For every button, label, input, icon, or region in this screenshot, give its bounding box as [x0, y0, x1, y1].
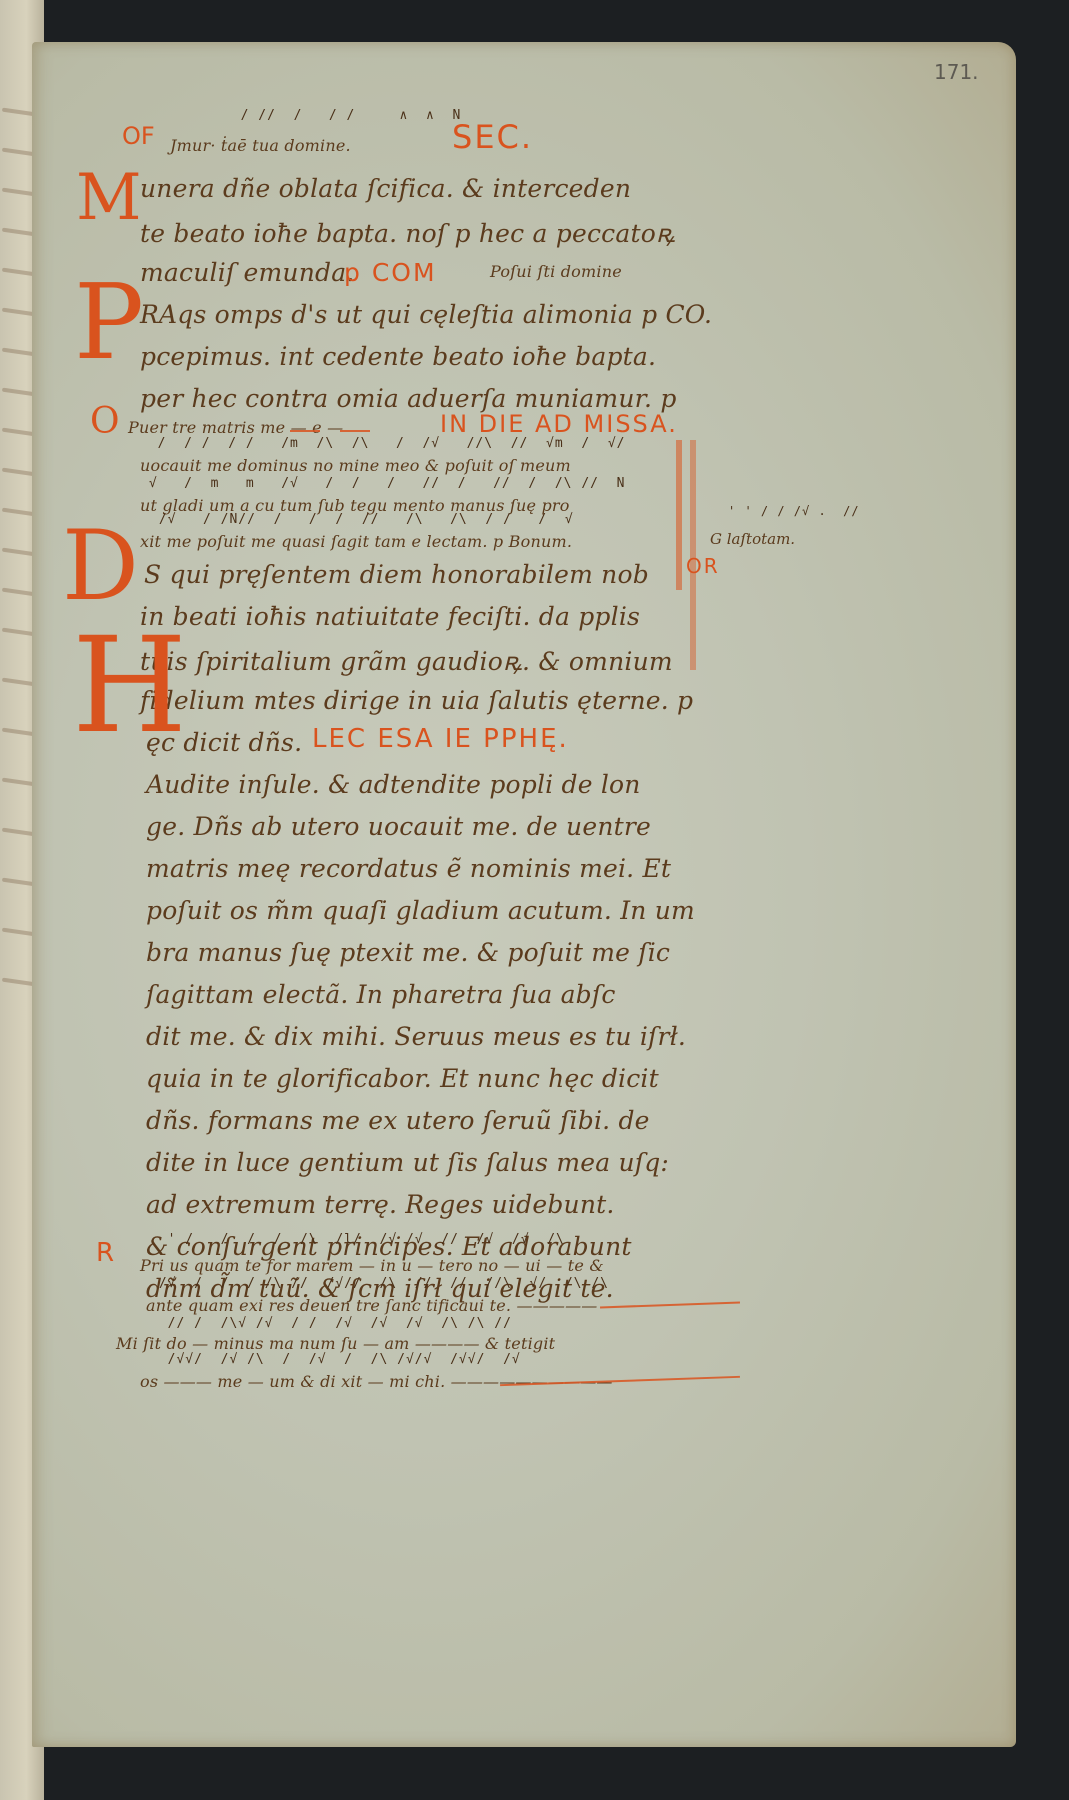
- folio-number: 171.: [934, 60, 979, 84]
- lesson-line-4: poſuit os m̃m quaſi gladium acutum. In u…: [146, 896, 695, 925]
- lesson-line-7: dit me. & dix mihi. Seruus meus es tu iſ…: [146, 1022, 686, 1051]
- lesson-line-5: bra manus ſuę ptexit me. & poſuit me ſic: [146, 938, 670, 967]
- responsory-line-4: os ——— me — um & di xit — mi chi. ——————…: [140, 1372, 613, 1391]
- secret-line-1: unera dñe oblata ſcifica. & interceden: [140, 174, 631, 203]
- introit-initial: O: [90, 404, 120, 440]
- postcommunion-line-1: RAqs omps d's ut qui cęleſtia alimonia p…: [140, 300, 712, 329]
- introit-neumes-3: /√ / /N// / / / // /\ /\ / / / √: [150, 512, 574, 527]
- responsory-line-3: Mi ſit do — minus ma num ſu — am ———— & …: [116, 1334, 555, 1353]
- lesson-line-3: matris meę recordatus ẽ nominis mei. Et: [146, 854, 671, 883]
- initial-p: P: [74, 270, 144, 374]
- lesson-line-2: ge. Dñs ab utero uocauit me. de uentre: [146, 812, 651, 841]
- staff-line: [290, 430, 320, 432]
- introit-neumes-2: √ / m m /√ / / / // / // / /\ // N: [140, 476, 625, 491]
- lesson-line-9: dñs. formans me ex utero ſeruũ ſibi. de: [146, 1106, 650, 1135]
- margin-bar: [676, 440, 682, 590]
- collect-line-2: in beati ioħis natiuitate feciſti. da pp…: [140, 602, 640, 631]
- manuscript-leaf: [32, 42, 1016, 1747]
- secret-line-3: maculiſ emunda.: [140, 258, 354, 287]
- collect-line-4: fidelium mtes dirige in uia ſalutis ęter…: [140, 686, 693, 715]
- lesson-first-line: ęc dicit dñs.: [146, 728, 302, 757]
- responsory-neumes-2: /√ / / / /\ // /√// /\ // // //\ √/ /\ /…: [150, 1276, 609, 1291]
- margin-or-label: OR: [686, 554, 720, 578]
- communion-incipit: Poſui ſti domine: [490, 262, 622, 281]
- responsory-neumes-1: ' / / / / /\ /l/ /√ /√ // /√ /√ /\: [150, 1232, 565, 1247]
- offertory-incipit: Jmur· ṫaē tua domine.: [170, 136, 351, 155]
- offertory-neumes: / // / / / ∧ ∧ N: [170, 108, 461, 123]
- collect-line-3: tuis ſpiritalium grãm gaudioꝶ. & omnium: [140, 644, 673, 678]
- responsory-neumes-3: // / /\√ /√ / / /√ /√ /√ /\ /\ //: [150, 1316, 512, 1331]
- introit-line-1: uocauit me dominus no mine meo & poſuit …: [140, 456, 571, 475]
- postcommunion-line-2: pcepimus. int cedente beato ioħe bapta.: [140, 342, 656, 371]
- introit-line-3: xit me poſuit me quasi ſagit tam e lecta…: [140, 532, 572, 551]
- margin-neumes: ' ' / / /√ . //: [728, 504, 860, 518]
- staff-line: [340, 430, 370, 432]
- lesson-line-10: dite in luce gentium ut ſis ſalus mea uſ…: [146, 1148, 669, 1177]
- lesson-line-6: ſagittam electã. In pharetra ſua abſc: [146, 980, 616, 1009]
- collect-line-1: S qui pręſentem diem honorabilem nob: [144, 560, 649, 589]
- responsory-label: R: [96, 1238, 114, 1268]
- responsory-neumes-4: /√√/ /√ /\ / /√ / /\ /√/√ /√√/ /√: [150, 1352, 521, 1367]
- lesson-rubric: LEC ESA IE PPHĘ.: [312, 724, 569, 754]
- lesson-line-8: quia in te glorificabor. Et nunc hęc dic…: [146, 1064, 659, 1093]
- introit-rubric: IN DIE AD MISSA.: [440, 410, 678, 438]
- initial-m: M: [76, 166, 142, 230]
- introit-first-line: Puer tre matris me — e —: [128, 418, 343, 437]
- introit-neumes-1: / / / / / /m /\ /\ / /√ //\ // √m / √/: [140, 436, 625, 451]
- postcommunion-line-3: per hec contra omia aduerſa muniamur. p: [140, 384, 677, 413]
- responsory-line-1: Pri us quam te for marem — in u — tero n…: [140, 1256, 604, 1275]
- margin-note: G laſtotam.: [710, 530, 795, 548]
- initial-d: D: [62, 518, 139, 614]
- lesson-line-1: Audite inſule. & adtendite popli de lon: [146, 770, 641, 799]
- lesson-line-11: ad extremum terrę. Reges uidebunt.: [146, 1190, 615, 1219]
- secret-rubric: SEC.: [452, 118, 533, 156]
- offertory-label: OF: [122, 122, 155, 150]
- communion-label: p COM: [344, 258, 437, 287]
- secret-line-2: te beato ioħe bapta. noſ p hec a peccato…: [140, 216, 675, 250]
- responsory-line-2: ante quam exi res deuen tre ſanc tificau…: [146, 1296, 597, 1315]
